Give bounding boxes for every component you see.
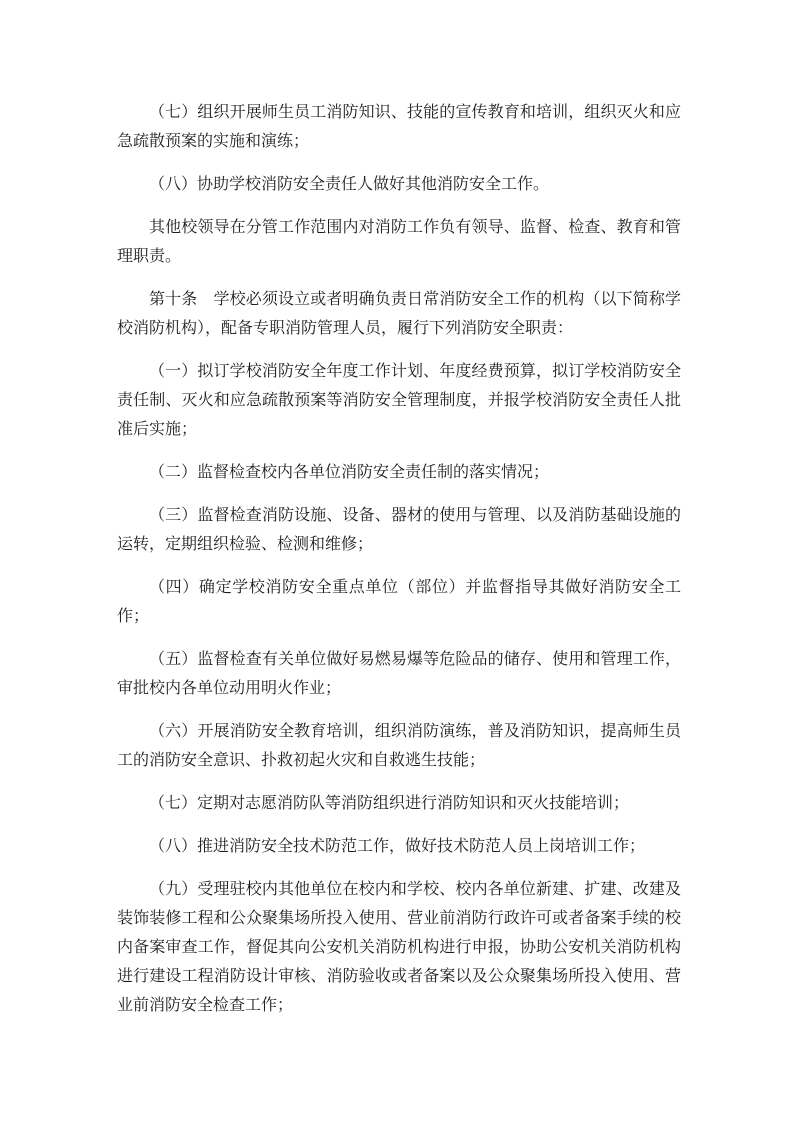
paragraph-article-10-item-7: （七）定期对志愿消防队等消防组织进行消防知识和灭火技能培训； [117, 789, 681, 818]
paragraph-article-10-item-4: （四）确定学校消防安全重点单位（部位）并监督指导其做好消防安全工作； [117, 573, 681, 631]
paragraph-article-10-item-8: （八）推进消防安全技术防范工作，做好技术防范人员上岗培训工作； [117, 832, 681, 861]
paragraph-article-10-item-9: （九）受理驻校内其他单位在校内和学校、校内各单位新建、扩建、改建及装饰装修工程和… [117, 875, 681, 1020]
paragraph-article-10-item-5: （五）监督检查有关单位做好易燃易爆等危险品的储存、使用和管理工作，审批校内各单位… [117, 645, 681, 703]
document-page: （七）组织开展师生员工消防知识、技能的宣传教育和培训，组织灭火和应急疏散预案的实… [0, 0, 793, 1122]
paragraph-other-school-leaders: 其他校领导在分管工作范围内对消防工作负有领导、监督、检查、教育和管理职责。 [117, 213, 681, 271]
document-text-block: （七）组织开展师生员工消防知识、技能的宣传教育和培训，组织灭火和应急疏散预案的实… [117, 98, 681, 1020]
paragraph-article-10-item-6: （六）开展消防安全教育培训，组织消防演练，普及消防知识，提高师生员工的消防安全意… [117, 717, 681, 775]
paragraph-article-10-item-3: （三）监督检查消防设施、设备、器材的使用与管理、以及消防基础设施的运转，定期组织… [117, 501, 681, 559]
paragraph-article-10-item-1: （一）拟订学校消防安全年度工作计划、年度经费预算，拟订学校消防安全责任制、灭火和… [117, 357, 681, 444]
paragraph-clause-8-prev-article: （八）协助学校消防安全责任人做好其他消防安全工作。 [117, 170, 681, 199]
paragraph-article-10-item-2: （二）监督检查校内各单位消防安全责任制的落实情况； [117, 458, 681, 487]
paragraph-clause-7-prev-article: （七）组织开展师生员工消防知识、技能的宣传教育和培训，组织灭火和应急疏散预案的实… [117, 98, 681, 156]
paragraph-article-10-intro: 第十条 学校必须设立或者明确负责日常消防安全工作的机构（以下简称学校消防机构），… [117, 285, 681, 343]
